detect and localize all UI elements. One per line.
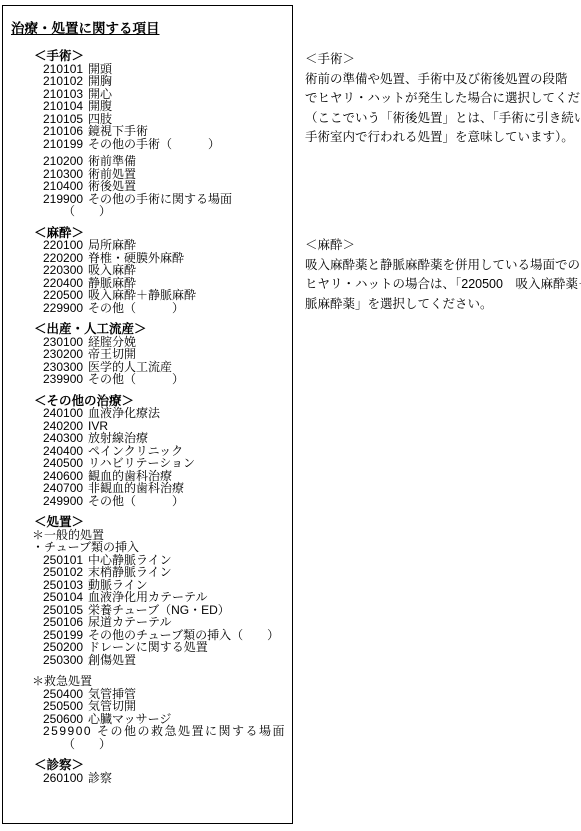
item-code: 210104 [43,99,83,113]
code-item: 260100診察 [3,772,292,785]
item-code: 220500 [43,288,83,302]
code-item: 250300創傷処置 [3,654,292,667]
code-item: 259900その他の救急処置に関する場面 [3,725,292,738]
code-item: 220300吸入麻酔 [3,264,292,277]
code-item: 219900その他の手術に関する場面 [3,193,292,206]
section-heading: ＜手術＞ [3,50,292,63]
code-item: 210102開胸 [3,75,292,88]
item-label: 診察 [88,771,112,785]
code-item: 210200術前準備 [3,155,292,168]
item-code: 250104 [43,590,83,604]
code-item: 210199その他の手術（ ） [3,138,292,151]
note-body-line: 術前の準備や処置、手術中及び術後処置の段階 [305,70,581,90]
item-code: 210102 [43,74,83,88]
subsection-label: ＊救急処置 [3,675,292,688]
page-title: 治療・処置に関する項目 [11,17,292,37]
document-page: 治療・処置に関する項目 ＜手術＞210101開頭210102開胸210103開心… [0,0,581,831]
note-body-line: 脈麻酔薬」を選択してください。 [305,295,581,315]
item-code: 240300 [43,431,83,445]
item-code: 239900 [43,372,83,386]
item-label: その他（ ） [88,372,184,386]
section-heading: ＜出産・人工流産＞ [3,323,292,336]
paren-continuation: （ ） [3,738,292,751]
item-label: 創傷処置 [88,653,136,667]
item-code: 210199 [43,137,83,151]
note-body-line: 吸入麻酔薬と静脈麻酔薬を併用している場面での [305,256,581,276]
item-code: 259900 [43,724,92,738]
note-heading: ＜麻酔＞ [305,236,581,256]
code-list: ＜手術＞210101開頭210102開胸210103開心210104開腹2101… [3,50,292,784]
item-code: 220300 [43,263,83,277]
section-heading: ＜診察＞ [3,759,292,772]
code-item: 240100血液浄化療法 [3,407,292,420]
code-item: 210104開腹 [3,100,292,113]
item-code: 229900 [43,301,83,315]
item-code: 250500 [43,699,83,713]
item-code: 240100 [43,406,83,420]
item-label: その他の手術（ ） [88,137,220,151]
item-code: 210200 [43,154,83,168]
item-code: 230200 [43,347,83,361]
paren-continuation: （ ） [3,205,292,218]
treatment-items-box: 治療・処置に関する項目 ＜手術＞210101開頭210102開胸210103開心… [2,5,293,824]
note-body-line: （ここでいう「術後処置」とは、「手術に引き続いて [305,109,581,129]
code-item: 249900その他（ ） [3,495,292,508]
note: ＜手術＞術前の準備や処置、手術中及び術後処置の段階でヒヤリ・ハットが発生した場合… [305,50,581,148]
note-body-line: ヒヤリ・ハットの場合は、「220500 吸入麻酔薬＋静 [305,275,581,295]
code-item: 250200ドレーンに関する処置 [3,641,292,654]
item-label: その他の救急処置に関する場面 [97,724,286,738]
code-item: 239900その他（ ） [3,373,292,386]
item-code: 250102 [43,565,83,579]
item-code: 220100 [43,238,83,252]
section-heading: ＜処置＞ [3,516,292,529]
note: ＜麻酔＞吸入麻酔薬と静脈麻酔薬を併用している場面でのヒヤリ・ハットの場合は、「2… [305,236,581,314]
note-body-line: でヒヤリ・ハットが発生した場合に選択してください [305,89,581,109]
note-body-line: 手術室内で行われる処置」を意味しています）。 [305,128,581,148]
item-code: 240500 [43,456,83,470]
item-code: 250200 [43,640,83,654]
item-code: 249900 [43,494,83,508]
code-item: 229900その他（ ） [3,302,292,315]
note-heading: ＜手術＞ [305,50,581,70]
item-label: その他（ ） [88,494,184,508]
item-label: その他（ ） [88,301,184,315]
item-code: 210400 [43,179,83,193]
item-code: 250300 [43,653,83,667]
item-code: 240700 [43,481,83,495]
item-code: 210106 [43,124,83,138]
item-code: 260100 [43,771,83,785]
item-code: 250106 [43,615,83,629]
